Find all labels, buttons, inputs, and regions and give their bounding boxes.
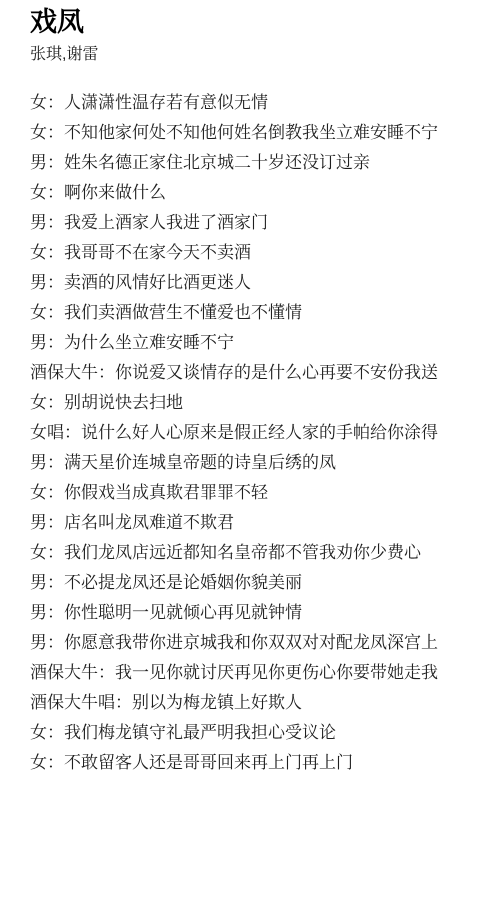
lyric-line: 女：啊你来做什么 bbox=[30, 178, 500, 208]
lyric-line: 女唱：说什么好人心原来是假正经人家的手帕给你涂得 bbox=[30, 418, 500, 448]
lyric-line: 酒保大牛：你说爱又谈情存的是什么心再要不安份我送 bbox=[30, 358, 500, 388]
lyrics-page: 戏凤 张琪,谢雷 女：人潇潇性温存若有意似无情 女：不知他家何处不知他何姓名倒教… bbox=[0, 0, 500, 778]
lyric-line: 酒保大牛：我一见你就讨厌再见你更伤心你要带她走我 bbox=[30, 658, 500, 688]
lyric-line: 男：我爱上酒家人我进了酒家门 bbox=[30, 208, 500, 238]
lyric-line: 女：不知他家何处不知他何姓名倒教我坐立难安睡不宁 bbox=[30, 118, 500, 148]
lyric-line: 男：你愿意我带你进京城我和你双双对对配龙凤深宫上 bbox=[30, 628, 500, 658]
lyric-line: 男：不必提龙凤还是论婚姻你貌美丽 bbox=[30, 568, 500, 598]
lyric-line: 女：你假戏当成真欺君罪罪不轻 bbox=[30, 478, 500, 508]
song-artists: 张琪,谢雷 bbox=[30, 45, 500, 65]
song-title: 戏凤 bbox=[30, 6, 500, 38]
lyric-line: 男：你性聪明一见就倾心再见就钟情 bbox=[30, 598, 500, 628]
lyric-line: 男：为什么坐立难安睡不宁 bbox=[30, 328, 500, 358]
lyric-line: 女：我哥哥不在家今天不卖酒 bbox=[30, 238, 500, 268]
lyric-line: 女：不敢留客人还是哥哥回来再上门再上门 bbox=[30, 748, 500, 778]
lyric-line: 酒保大牛唱：别以为梅龙镇上好欺人 bbox=[30, 688, 500, 718]
lyric-line: 男：卖酒的风情好比酒更迷人 bbox=[30, 268, 500, 298]
lyric-line: 女：别胡说快去扫地 bbox=[30, 388, 500, 418]
lyric-line: 女：我们龙凤店远近都知名皇帝都不管我劝你少费心 bbox=[30, 538, 500, 568]
lyric-line: 女：我们卖酒做营生不懂爱也不懂情 bbox=[30, 298, 500, 328]
lyric-line: 男：店名叫龙凤难道不欺君 bbox=[30, 508, 500, 538]
lyric-line: 男：姓朱名德正家住北京城二十岁还没订过亲 bbox=[30, 148, 500, 178]
lyric-line: 男：满天星价连城皇帝题的诗皇后绣的凤 bbox=[30, 448, 500, 478]
lyric-line: 女：我们梅龙镇守礼最严明我担心受议论 bbox=[30, 718, 500, 748]
lyrics-list: 女：人潇潇性温存若有意似无情 女：不知他家何处不知他何姓名倒教我坐立难安睡不宁 … bbox=[30, 88, 500, 778]
lyric-line: 女：人潇潇性温存若有意似无情 bbox=[30, 88, 500, 118]
